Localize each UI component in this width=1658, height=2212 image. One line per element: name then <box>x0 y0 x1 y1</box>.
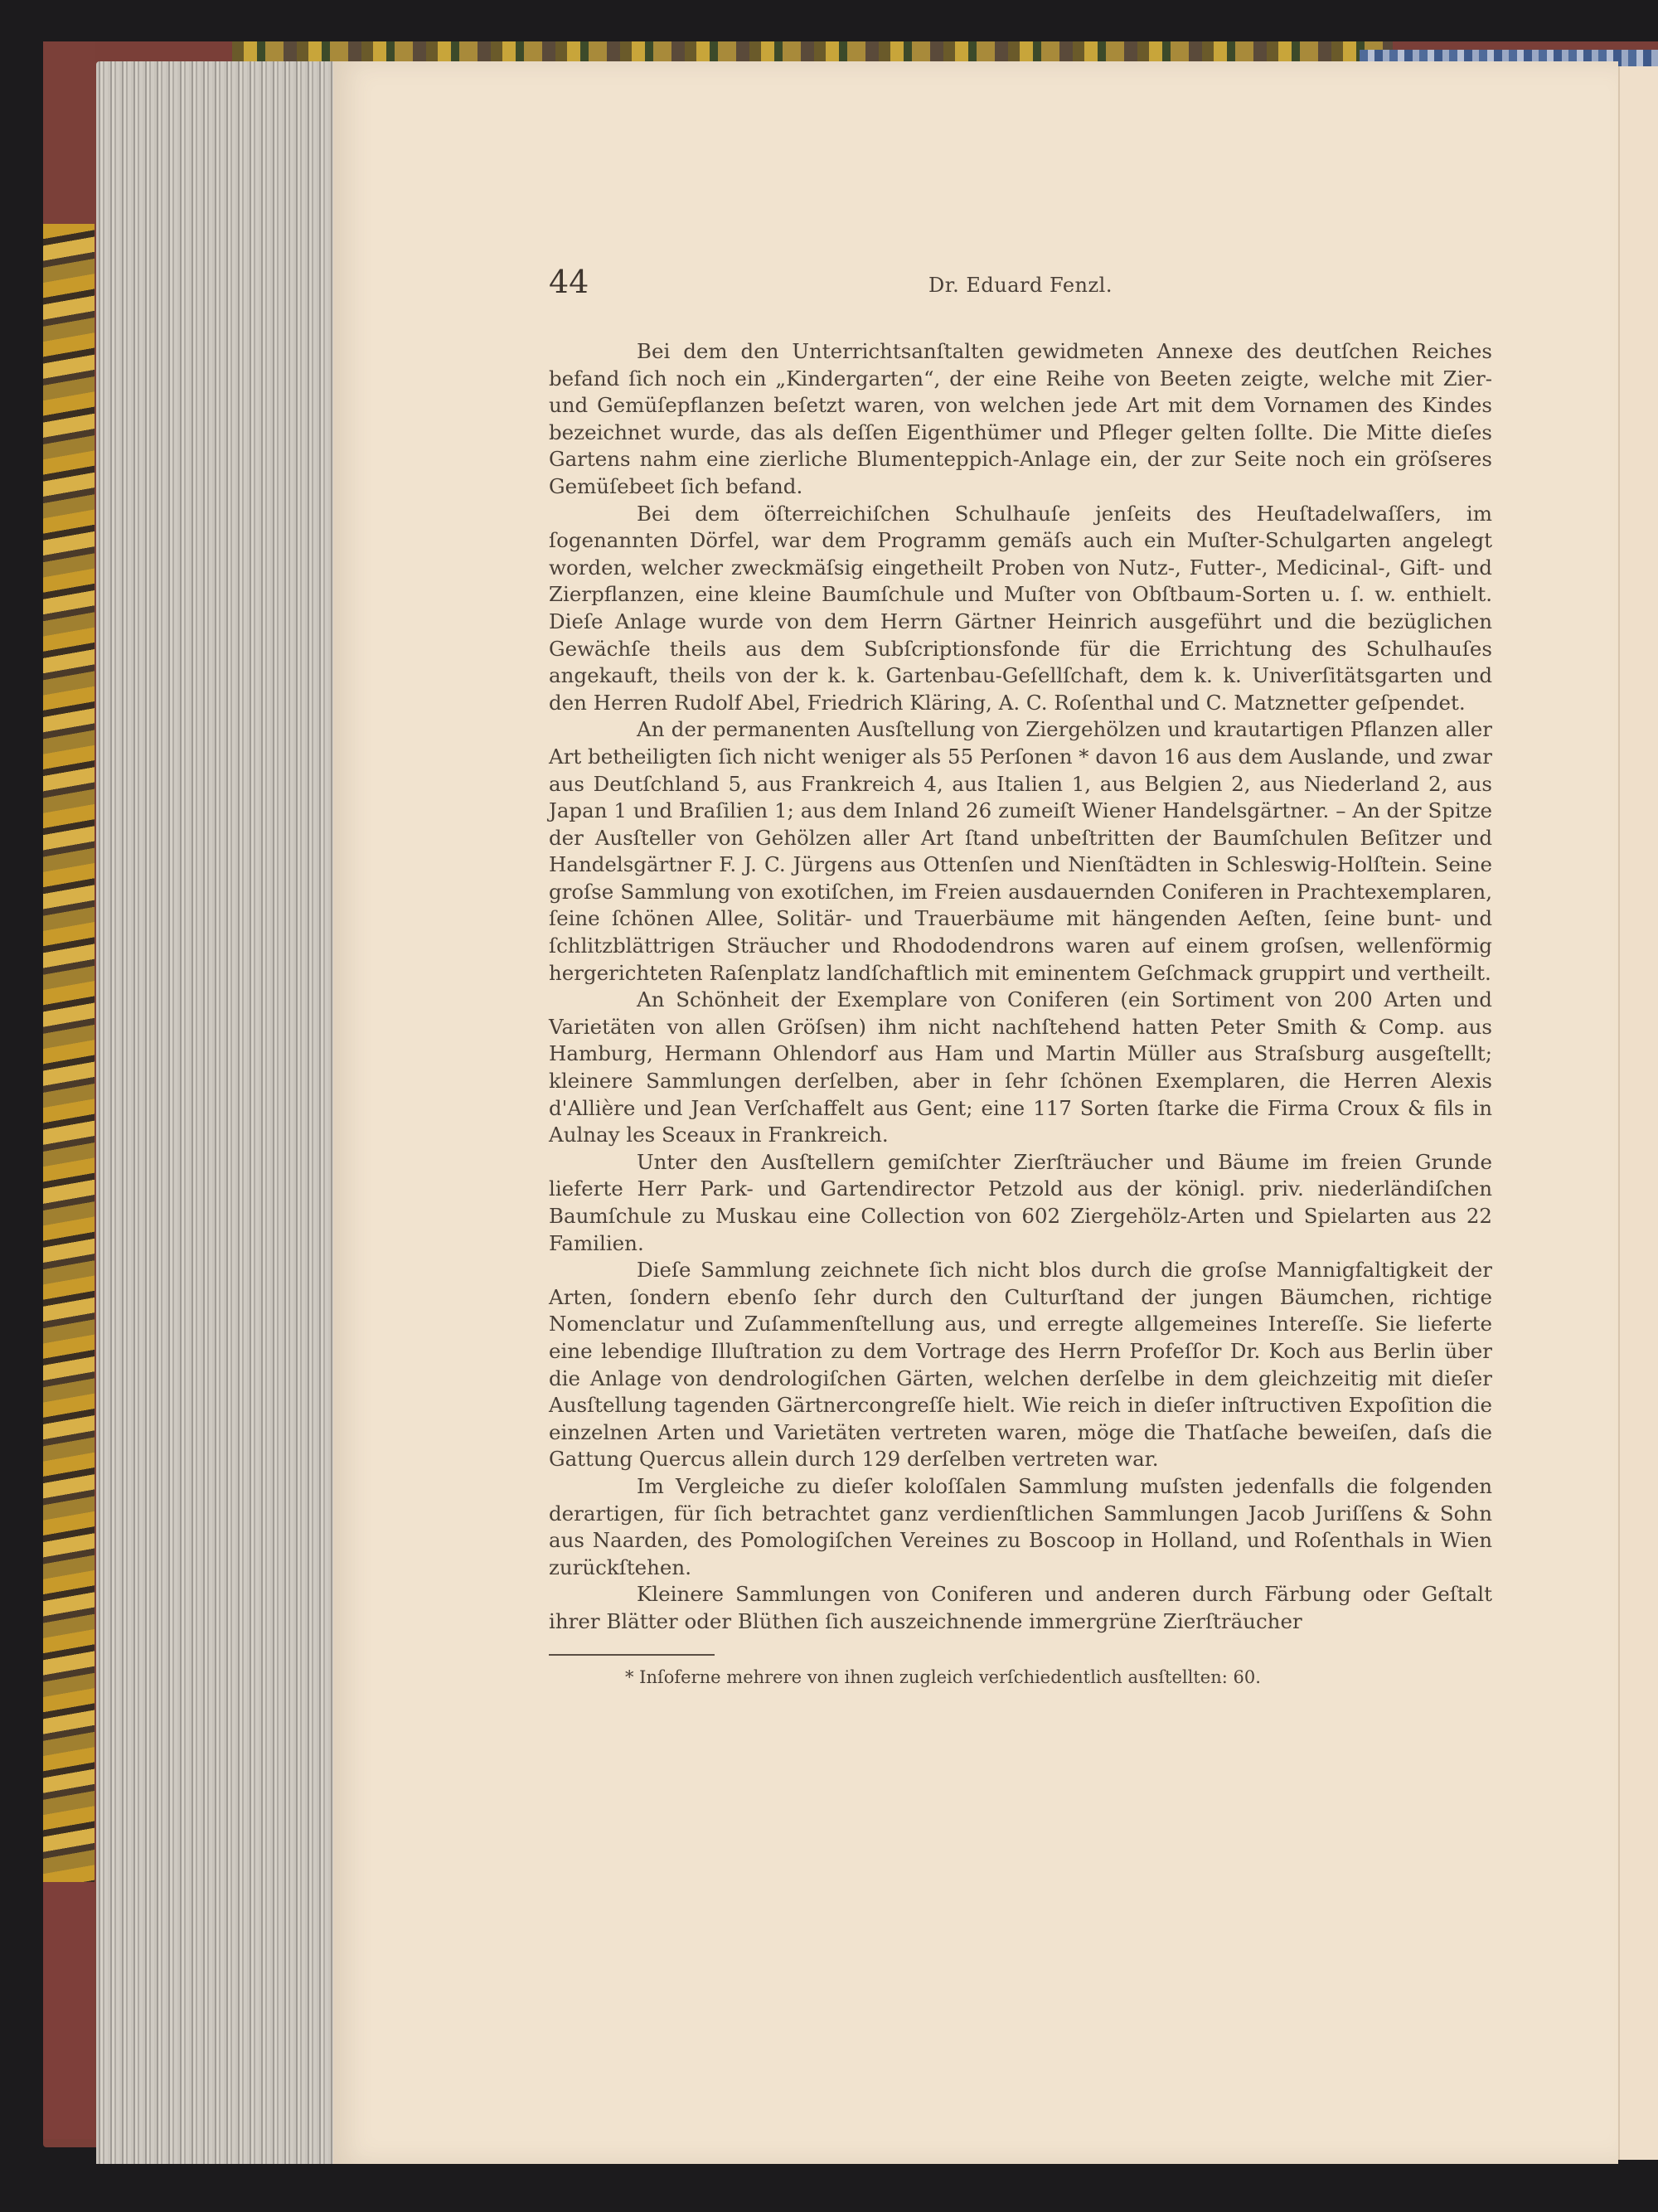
paragraph: Kleinere Sammlungen von Coniferen und an… <box>549 1581 1492 1635</box>
page-content: 44 Dr. Eduard Fenzl. Bei dem den Unterri… <box>549 264 1492 1687</box>
paragraph: Dieſe Sammlung zeichnete ſich nicht blos… <box>549 1257 1492 1473</box>
paragraph: An der permanenten Ausſtellung von Zierg… <box>549 716 1492 987</box>
paragraph: Bei dem öſterreichiſchen Schulhauſe jenſ… <box>549 501 1492 717</box>
footnote-rule <box>549 1654 715 1656</box>
footnote: * Inſoferne mehrere von ihnen zugleich v… <box>625 1667 1492 1687</box>
body-text: Bei dem den Unterrichtsanſtalten gewidme… <box>549 338 1492 1636</box>
paragraph: Bei dem den Unterrichtsanſtalten gewidme… <box>549 338 1492 501</box>
paragraph: Im Vergleiche zu dieſer koloſſalen Samml… <box>549 1473 1492 1581</box>
leather-spine-bottom <box>43 1882 95 2139</box>
page-block-edges <box>96 61 333 2164</box>
paragraph: An Schönheit der Exemplare von Coniferen… <box>549 987 1492 1149</box>
marbled-board-edge <box>43 224 95 1882</box>
page-header: 44 Dr. Eduard Fenzl. <box>549 264 1492 313</box>
leather-spine-top <box>43 41 95 224</box>
paragraph: Unter den Ausſtellern gemiſchter Zierſtr… <box>549 1149 1492 1257</box>
running-head: Dr. Eduard Fenzl. <box>549 274 1492 297</box>
adjacent-page-edge <box>1618 66 1658 2160</box>
